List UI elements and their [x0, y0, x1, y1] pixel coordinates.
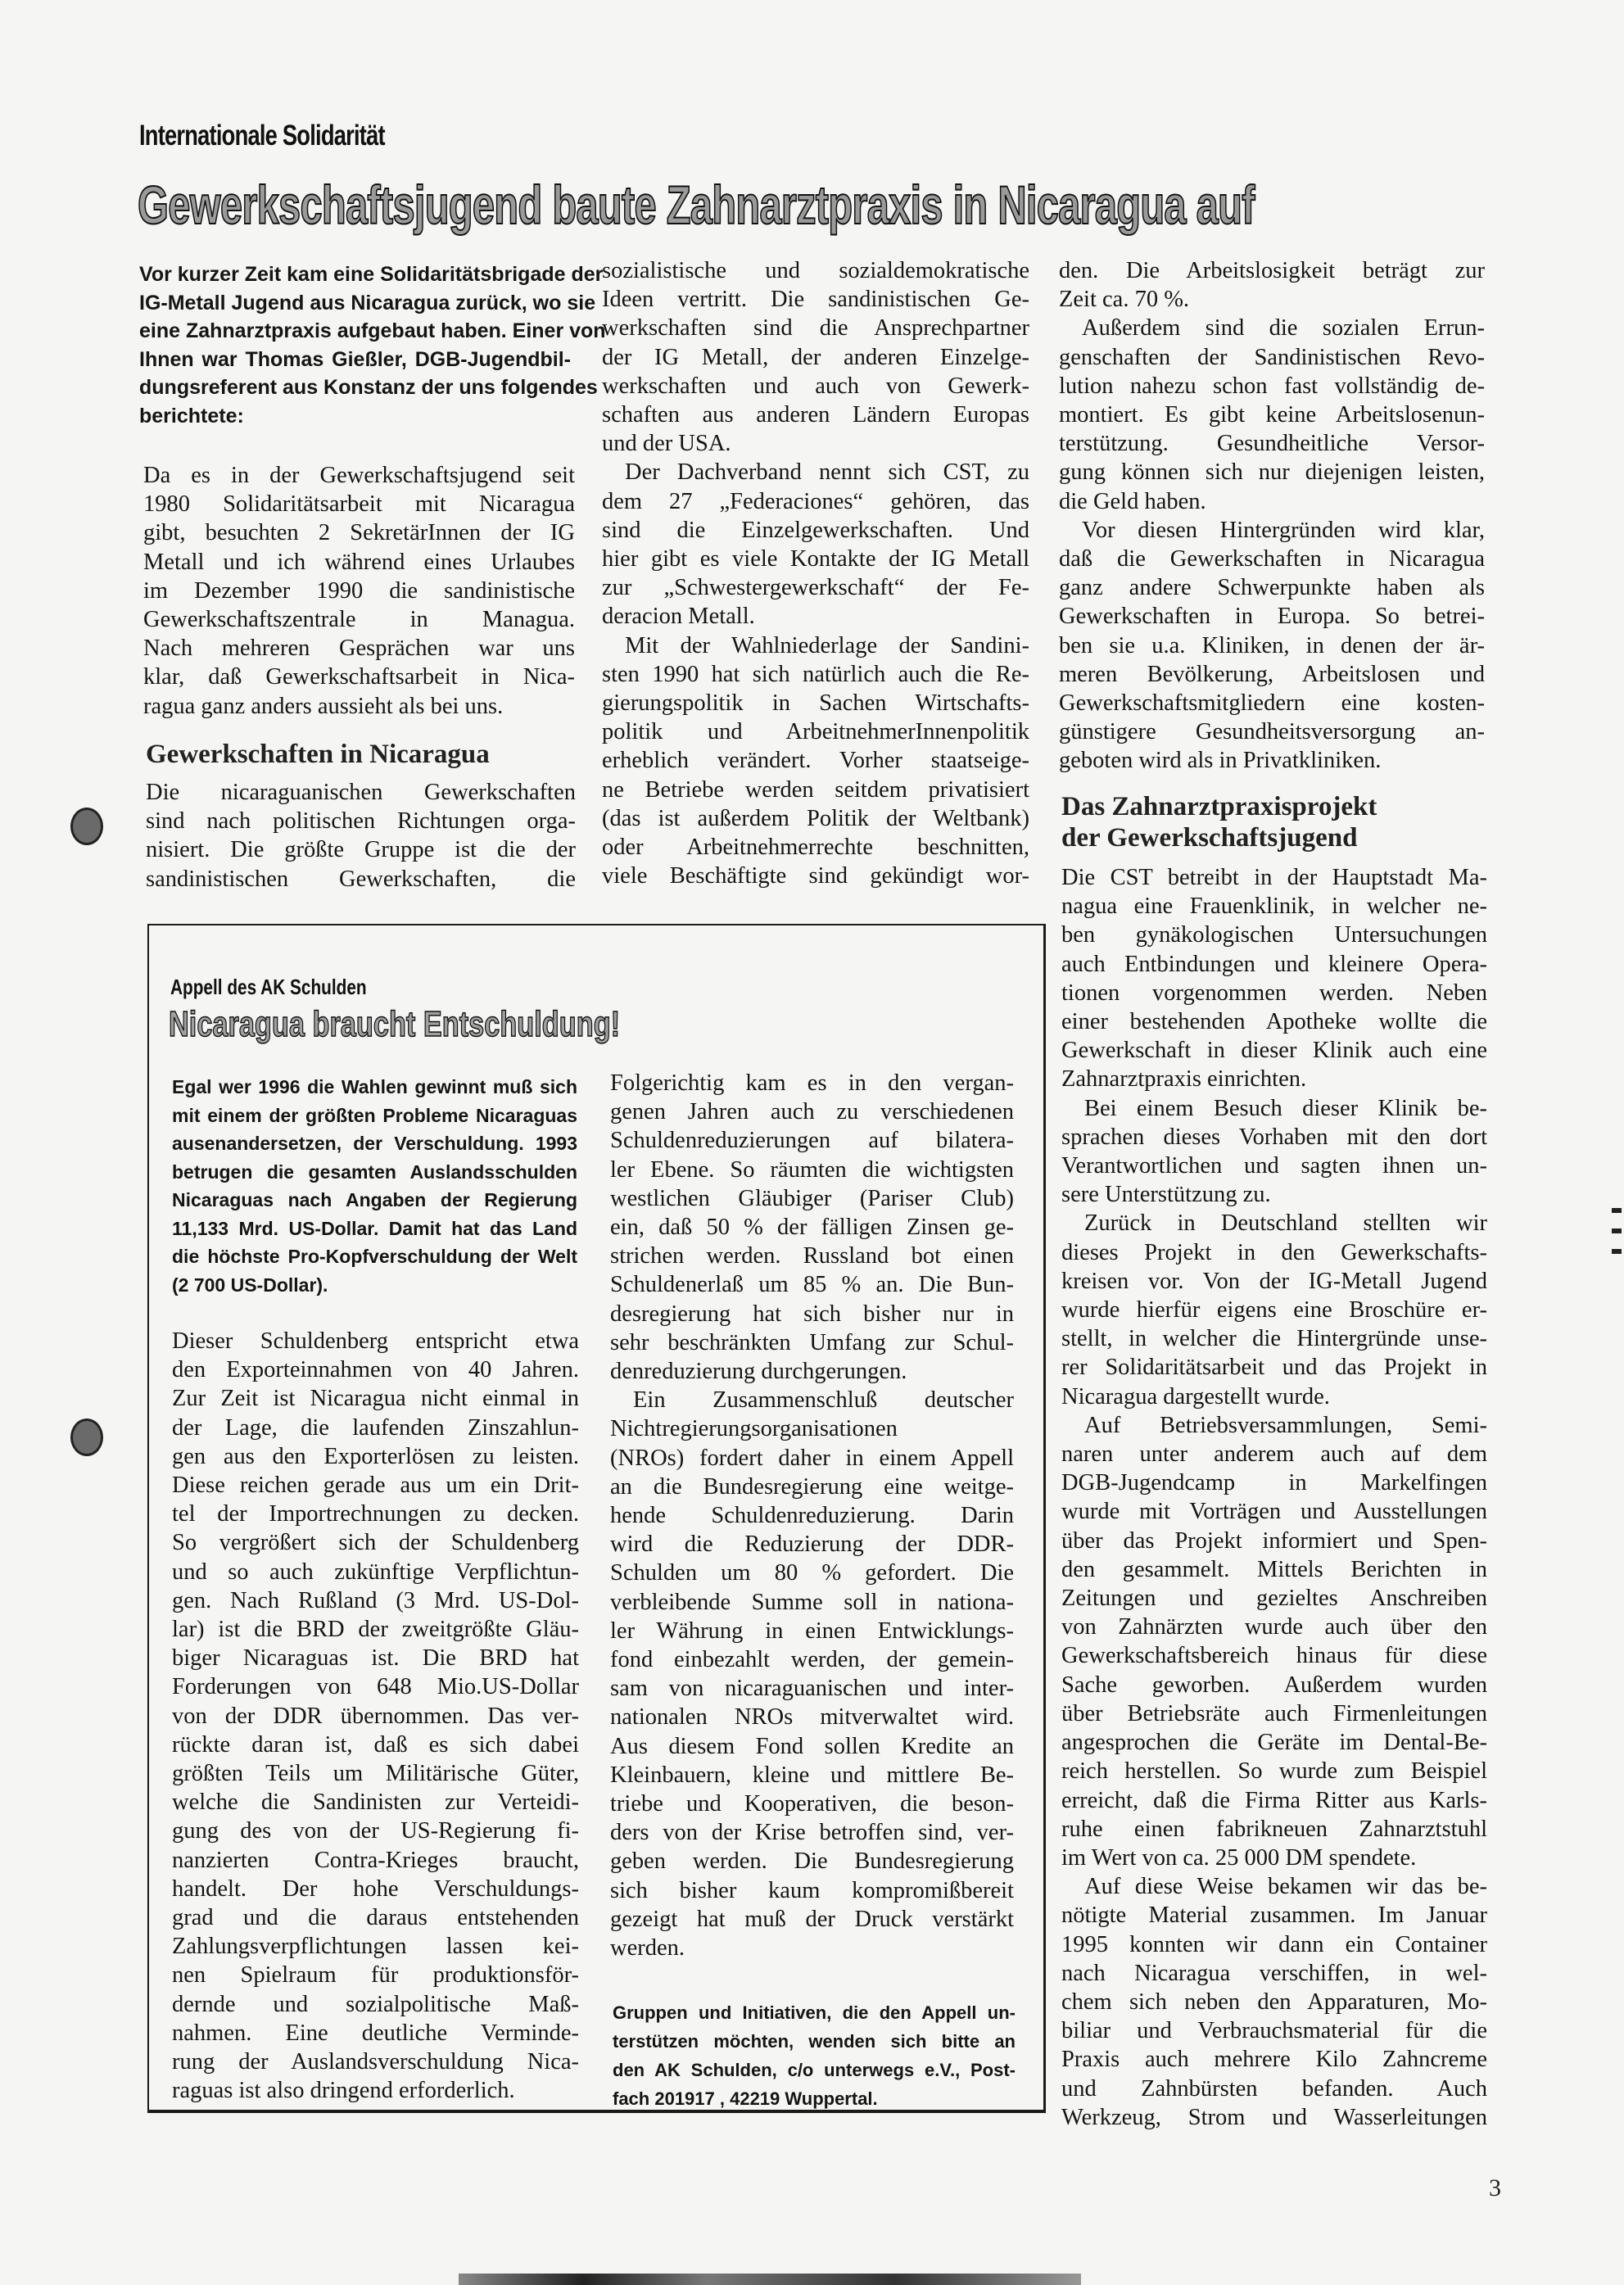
text-line: chem sich neben den Apparaturen, Mo-	[1061, 1988, 1487, 2016]
sidebox-right-body: Folgerichtig kam es in den vergan- genen…	[610, 1069, 1014, 1962]
edge-mark	[1612, 1228, 1622, 1233]
text-line: Schuldenerlaß um 85 % an. Die Bun-	[610, 1270, 1014, 1299]
text-line: gezeigt hat muß der Druck verstärkt	[610, 1905, 1014, 1934]
text-line: gierungspolitik in Sachen Wirtschafts-	[602, 689, 1029, 717]
text-line: Diese reichen gerade aus um ein Drit-	[172, 1471, 579, 1500]
text-line: rung der Auslandsverschuldung Nica-	[172, 2047, 579, 2076]
text-line: lar) ist die BRD der zweitgrößte Gläu-	[172, 1615, 579, 1644]
text-line: sten 1990 hat sich natürlich auch die Re…	[602, 660, 1029, 689]
text-line: Zahlungsverpflichtungen lassen kei-	[172, 1932, 579, 1961]
text-line: Werkzeug, Strom und Wasserleitungen	[1061, 2103, 1487, 2132]
text-line: nach Nicaragua verschiffen, in wel-	[1061, 1959, 1487, 1988]
text-line: Gruppen und Initiativen, die den Appell …	[613, 1998, 1016, 2027]
text-line: Bei einem Besuch dieser Klinik be-	[1061, 1094, 1487, 1123]
text-line: erheblich verändert. Vorher staatseige-	[602, 746, 1029, 775]
text-line: verbleibende Summe soll in nationa-	[610, 1588, 1014, 1617]
text-line: triebe und Kooperativen, die beson-	[610, 1790, 1014, 1818]
sidebox-kicker: Appell des AK Schulden	[170, 975, 367, 1000]
text-line: die Geld haben.	[1059, 487, 1485, 516]
subhead-line: Das Zahnarztpraxisprojekt	[1061, 791, 1377, 822]
text-line: Der Dachverband nennt sich CST, zu	[602, 458, 1029, 486]
text-line: nagua eine Frauenklinik, in welcher ne-	[1061, 892, 1487, 921]
text-line: ben gynäkologischen Untersuchungen	[1061, 921, 1487, 949]
text-line: Verantwortlichen und sagten ihnen un-	[1061, 1152, 1487, 1180]
text-line: den AK Schulden, c/o unterwegs e.V., Pos…	[613, 2056, 1016, 2084]
text-line: Gewerkschaftsmitgliedern eine kosten-	[1059, 689, 1485, 717]
text-line: wurde hierfür eigens eine Broschüre er-	[1061, 1296, 1487, 1324]
text-line: nahmen. Eine deutliche Verminde-	[172, 2019, 579, 2047]
text-line: nanzierten Contra-Krieges braucht,	[172, 1846, 579, 1875]
text-line: nisiert. Die größte Gruppe ist die der	[146, 835, 576, 864]
text-line: Forderungen von 648 Mio.US-Dollar	[172, 1672, 579, 1701]
text-line: viele Beschäftigte sind gekündigt wor-	[602, 862, 1029, 890]
text-line: Nichtregierungsorganisationen	[610, 1414, 1014, 1443]
text-line: Ideen vertritt. Die sandinistischen Ge-	[602, 285, 1029, 314]
text-line: genen Jahren auch zu verschiedenen	[610, 1097, 1014, 1126]
text-line: angesprochen die Geräte im Dental-Be-	[1061, 1728, 1487, 1757]
text-line: rer Solidaritätsarbeit und das Projekt i…	[1061, 1353, 1487, 1382]
text-line: zur „Schwestergewerkschaft“ der Fe-	[602, 573, 1029, 602]
text-line: den gesammelt. Mittels Berichten in	[1061, 1555, 1487, 1584]
text-line: kreisen vor. Von der IG-Metall Jugend	[1061, 1267, 1487, 1296]
text-line: reich herstellen. So wurde zum Beispiel	[1061, 1757, 1487, 1785]
text-line: Gewerkschaftszentrale in Managua.	[143, 605, 575, 634]
text-line: grad und die daraus entstehenden	[172, 1903, 579, 1932]
column-1-paragraph-2: Die nicaraguanischen Gewerkschaften sind…	[146, 778, 576, 894]
text-line: über Betriebsräte auch Firmenleitungen	[1061, 1699, 1487, 1728]
sidebox-intro: Egal wer 1996 die Wahlen gewinnt muß sic…	[172, 1073, 577, 1299]
text-line: der Lage, die laufenden Zinszahlun-	[172, 1414, 579, 1442]
text-line: im Dezember 1990 die sandinistische	[143, 577, 575, 605]
text-line: Vor diesen Hintergründen wird klar,	[1059, 516, 1485, 545]
text-line: desregierung hat sich bisher nur in	[610, 1300, 1014, 1328]
intro-line: dungsreferent aus Konstanz der uns folge…	[139, 373, 571, 402]
text-line: Ein Zusammenschluß deutscher	[610, 1386, 1014, 1414]
text-line: oder Arbeitnehmerrechte beschnitten,	[602, 833, 1029, 862]
text-line: Schuldenreduzierungen auf bilatera-	[610, 1126, 1014, 1155]
edge-mark	[1612, 1208, 1622, 1213]
text-line: strichen werden. Russland bot einen	[610, 1242, 1014, 1270]
text-line: Gewerkschaftsbereich hinaus für diese	[1061, 1641, 1487, 1670]
subhead-zahnarztpraxisprojekt: Das Zahnarztpraxisprojekt der Gewerkscha…	[1061, 791, 1377, 853]
text-line: Nach mehreren Gesprächen war uns	[143, 634, 575, 663]
text-line: rückte daran ist, daß es sich dabei	[172, 1731, 579, 1759]
column-3-top: den. Die Arbeitslosigkeit beträgt zur Ze…	[1059, 256, 1485, 776]
text-line: ganz andere Schwerpunkte haben als	[1059, 573, 1485, 602]
text-line: 1980 Solidaritätsarbeit mit Nicaragua	[143, 490, 575, 518]
intro-line: Ihnen war Thomas Gießler, DGB-Jugendbil-	[139, 346, 571, 374]
text-line: von der DDR übernommen. Das ver-	[172, 1702, 579, 1731]
text-line: an die Bundesregierung eine weitge-	[610, 1473, 1014, 1501]
text-line: Egal wer 1996 die Wahlen gewinnt muß sic…	[172, 1073, 577, 1102]
column-1-paragraph-1: Da es in der Gewerkschaftsjugend seit 19…	[143, 461, 575, 721]
text-line: mit einem der größten Probleme Nicaragua…	[172, 1102, 577, 1130]
text-line: dieses Projekt in den Gewerkschafts-	[1061, 1238, 1487, 1267]
text-line: Sache geworben. Außerdem wurden	[1061, 1671, 1487, 1699]
text-line: hende Schuldenreduzierung. Darin	[610, 1501, 1014, 1530]
text-line: betrugen die gesamten Auslandsschulden	[172, 1158, 577, 1187]
text-line: (NROs) fordert daher in einem Appell	[610, 1444, 1014, 1473]
text-line: fach 201917 , 42219 Wuppertal.	[613, 2084, 1016, 2113]
text-line: ne Betriebe werden seitdem privatisiert	[602, 776, 1029, 804]
text-line: nen Spielraum für produktionsför-	[172, 1961, 579, 1989]
text-line: (das ist außerdem Politik der Weltbank)	[602, 804, 1029, 833]
text-line: hier gibt es viele Kontakte der IG Metal…	[602, 545, 1029, 573]
text-line: Kleinbauern, kleine und mittlere Be-	[610, 1761, 1014, 1790]
text-line: im Wert von ca. 25 000 DM spendete.	[1061, 1844, 1487, 1872]
text-line: und so auch zukünftige Verpflichtun-	[172, 1558, 579, 1586]
scan-artifact-top	[524, 0, 688, 7]
text-line: sehr beschränkten Umfang zur Schul-	[610, 1328, 1014, 1357]
text-line: Da es in der Gewerkschaftsjugend seit	[143, 461, 575, 490]
text-line: Zeitungen und gezieltes Anschreiben	[1061, 1584, 1487, 1613]
text-line: sind nach politischen Richtungen orga-	[146, 807, 576, 835]
text-line: tionen vorgenommen werden. Neben	[1061, 979, 1487, 1007]
text-line: fond einbezahlt werden, der gemein-	[610, 1645, 1014, 1674]
text-line: den Exporteinnahmen von 40 Jahren.	[172, 1355, 579, 1384]
text-line: Folgerichtig kam es in den vergan-	[610, 1069, 1014, 1097]
text-line: Zahnarztpraxis einrichten.	[1061, 1065, 1487, 1093]
text-line: Schulden um 80 % gefordert. Die	[610, 1559, 1014, 1587]
text-line: ders von der Krise betroffen sind, ver-	[610, 1818, 1014, 1847]
text-line: Zurück in Deutschland stellten wir	[1061, 1209, 1487, 1238]
text-line: 1995 konnten wir dann ein Container	[1061, 1930, 1487, 1959]
text-line: Auf Betriebsversammlungen, Semi-	[1061, 1411, 1487, 1440]
text-line: genschaften der Sandinistischen Revo-	[1059, 343, 1485, 372]
text-line: sere Unterstützung zu.	[1061, 1180, 1487, 1209]
text-line: sandinistischen Gewerkschaften, die	[146, 865, 576, 894]
text-line: Nicaragua dargestellt wurde.	[1061, 1382, 1487, 1411]
text-line: naren unter anderem auch auf dem	[1061, 1440, 1487, 1468]
text-line: den. Die Arbeitslosigkeit beträgt zur	[1059, 256, 1485, 285]
text-line: von Zahnärzten wurde auch über den	[1061, 1613, 1487, 1641]
text-line: sind die Einzelgewerkschaften. Und	[602, 516, 1029, 545]
text-line: tel der Importrechnungen zu decken.	[172, 1500, 579, 1528]
text-line: welche die Sandinisten zur Verteidi-	[172, 1788, 579, 1817]
text-line: (2 700 US-Dollar).	[172, 1271, 577, 1300]
text-line: gibt, besuchten 2 SekretärInnen der IG	[143, 518, 575, 547]
text-line: sozialistische und sozialdemokratische	[602, 256, 1029, 285]
text-line: Gewerkschaften in Europa. So betrei-	[1059, 602, 1485, 631]
text-line: DGB-Jugendcamp in Markelfingen	[1061, 1468, 1487, 1497]
article-intro: Vor kurzer Zeit kam eine Solidaritätsbri…	[139, 260, 571, 431]
text-line: denreduzierung durchgerungen.	[610, 1357, 1014, 1386]
text-line: Die nicaraguanischen Gewerkschaften	[146, 778, 576, 807]
text-line: und Zahnbürsten befanden. Auch	[1061, 2075, 1487, 2103]
text-line: sprachen dieses Vorhaben mit den dort	[1061, 1123, 1487, 1152]
text-line: Außerdem sind die sozialen Errun-	[1059, 314, 1485, 342]
text-line: schaften aus anderen Ländern Europas	[602, 400, 1029, 429]
text-line: klar, daß Gewerkschaftsarbeit in Nica-	[143, 663, 575, 691]
text-line: sich bisher kaum kompromißbereit	[610, 1876, 1014, 1905]
subhead-line: der Gewerkschaftsjugend	[1061, 822, 1377, 853]
text-line: über das Projekt informiert und Spen-	[1061, 1527, 1487, 1555]
text-line: werkschaften sind die Ansprechpartner	[602, 314, 1029, 342]
section-kicker: Internationale Solidarität	[139, 120, 385, 152]
text-line: ler Währung in einen Entwicklungs-	[610, 1617, 1014, 1645]
text-line: günstigere Gesundheitsversorgung an-	[1059, 717, 1485, 746]
text-line: Praxis auch mehrere Kilo Zahncreme	[1061, 2045, 1487, 2074]
punch-hole-icon	[70, 808, 103, 845]
text-line: lution nahezu schon fast vollständig de-	[1059, 372, 1485, 400]
text-line: Metall und ich während eines Urlaubes	[143, 548, 575, 577]
text-line: Aus diesem Fond sollen Kredite an	[610, 1732, 1014, 1761]
text-line: geboten wird als in Privatkliniken.	[1059, 746, 1485, 775]
text-line: montiert. Es gibt keine Arbeitslosenun-	[1059, 400, 1485, 429]
text-line: wird die Reduzierung der DDR-	[610, 1530, 1014, 1559]
text-line: Gewerkschaft in dieser Klinik auch eine	[1061, 1036, 1487, 1065]
subhead-gewerkschaften: Gewerkschaften in Nicaragua	[146, 739, 490, 770]
document-page: Internationale Solidarität Gewerkschafts…	[0, 0, 1624, 2285]
text-line: und der USA.	[602, 429, 1029, 458]
text-line: werden.	[610, 1934, 1014, 1962]
text-line: Dieser Schuldenberg entspricht etwa	[172, 1327, 579, 1355]
sidebox-title: Nicaragua braucht Entschuldung!	[169, 1004, 620, 1045]
text-line: Auf diese Weise bekamen wir das be-	[1061, 1872, 1487, 1901]
text-line: geben werden. Die Bundesregierung	[610, 1847, 1014, 1876]
text-line: der IG Metall, der anderen Einzelge-	[602, 343, 1029, 372]
text-line: handelt. Der hohe Verschuldungs-	[172, 1875, 579, 1903]
column-2: sozialistische und sozialdemokratische I…	[602, 256, 1029, 890]
text-line: gen. Nach Rußland (3 Mrd. US-Dol-	[172, 1586, 579, 1615]
text-line: politik und ArbeitnehmerInnenpolitik	[602, 717, 1029, 746]
text-line: Zur Zeit ist Nicaragua nicht einmal in	[172, 1384, 579, 1413]
text-line: auch Entbindungen und kleinere Opera-	[1061, 950, 1487, 979]
text-line: ragua ganz anders aussieht als bei uns.	[143, 692, 575, 721]
text-line: raguas ist also dringend erforderlich.	[172, 2076, 579, 2105]
text-line: westlichen Gläubiger (Pariser Club)	[610, 1184, 1014, 1213]
column-3-bottom: Die CST betreibt in der Hauptstadt Ma- n…	[1061, 863, 1487, 2132]
text-line: dem 27 „Federaciones“ gehören, das	[602, 487, 1029, 516]
page-number: 3	[1489, 2174, 1501, 2202]
scan-artifact-bottom	[459, 2274, 1081, 2285]
text-line: So vergrößert sich der Schuldenberg	[172, 1528, 579, 1557]
text-line: ein, daß 50 % der fälligen Zinsen ge-	[610, 1213, 1014, 1242]
text-line: gen aus den Exporterlösen zu leisten.	[172, 1442, 579, 1471]
text-line: terstützung. Gesundheitliche Versor-	[1059, 429, 1485, 458]
text-line: nötigte Material zusammen. Im Januar	[1061, 1901, 1487, 1930]
intro-line: eine Zahnarztpraxis aufgebaut haben. Ein…	[139, 317, 571, 346]
text-line: dernde und sozialpolitische Maß-	[172, 1990, 579, 2019]
text-line: werkschaften und auch von Gewerk-	[602, 372, 1029, 400]
text-line: 11,133 Mrd. US-Dollar. Damit hat das Lan…	[172, 1215, 577, 1243]
sidebox-left-body: Dieser Schuldenberg entspricht etwa den …	[172, 1327, 579, 2105]
text-line: ler Ebene. So räumten die wichtigsten	[610, 1156, 1014, 1184]
sidebox-contact: Gruppen und Initiativen, die den Appell …	[613, 1998, 1016, 2113]
punch-hole-icon	[70, 1419, 103, 1456]
text-line: ruhe einen fabrikneuen Zahnarztstuhl	[1061, 1815, 1487, 1844]
text-line: sam von nicaraguanischen und inter-	[610, 1674, 1014, 1703]
text-line: Zeit ca. 70 %.	[1059, 285, 1485, 314]
intro-line: Vor kurzer Zeit kam eine Solidaritätsbri…	[139, 260, 571, 289]
text-line: gung des von der US-Regierung fi-	[172, 1817, 579, 1845]
text-line: terstützen möchten, wenden sich bitte an	[613, 2027, 1016, 2056]
article-headline: Gewerkschaftsjugend baute Zahnarztpraxis…	[138, 174, 1255, 236]
text-line: größten Teils um Militärische Güter,	[172, 1759, 579, 1788]
text-line: biliar und Verbrauchsmaterial für die	[1061, 2016, 1487, 2045]
text-line: die höchste Pro-Kopfverschuldung der Wel…	[172, 1242, 577, 1271]
text-line: nationalen NROs mitverwaltet wird.	[610, 1703, 1014, 1731]
text-line: daß die Gewerkschaften in Nicaragua	[1059, 545, 1485, 573]
intro-line: IG-Metall Jugend aus Nicaragua zurück, w…	[139, 289, 571, 318]
text-line: deracion Metall.	[602, 602, 1029, 631]
text-line: einer bestehenden Apotheke wollte die	[1061, 1007, 1487, 1036]
text-line: Die CST betreibt in der Hauptstadt Ma-	[1061, 863, 1487, 892]
text-line: Mit der Wahlniederlage der Sandini-	[602, 631, 1029, 660]
text-line: meren Bevölkerung, Arbeitslosen und	[1059, 660, 1485, 689]
text-line: stellt, in welcher die Hintergründe unse…	[1061, 1324, 1487, 1353]
text-line: ausenandersetzen, der Verschuldung. 1993	[172, 1129, 577, 1158]
edge-mark	[1612, 1249, 1622, 1254]
text-line: biger Nicaraguas ist. Die BRD hat	[172, 1644, 579, 1672]
text-line: Nicaraguas nach Angaben der Regierung	[172, 1186, 577, 1215]
text-line: wurde mit Vorträgen und Ausstellungen	[1061, 1497, 1487, 1526]
intro-line: berichtete:	[139, 402, 571, 431]
text-line: ben sie u.a. Kliniken, in denen der är-	[1059, 631, 1485, 660]
text-line: gung können sich nur diejenigen leisten,	[1059, 458, 1485, 486]
text-line: erreicht, daß die Firma Ritter aus Karls…	[1061, 1786, 1487, 1815]
